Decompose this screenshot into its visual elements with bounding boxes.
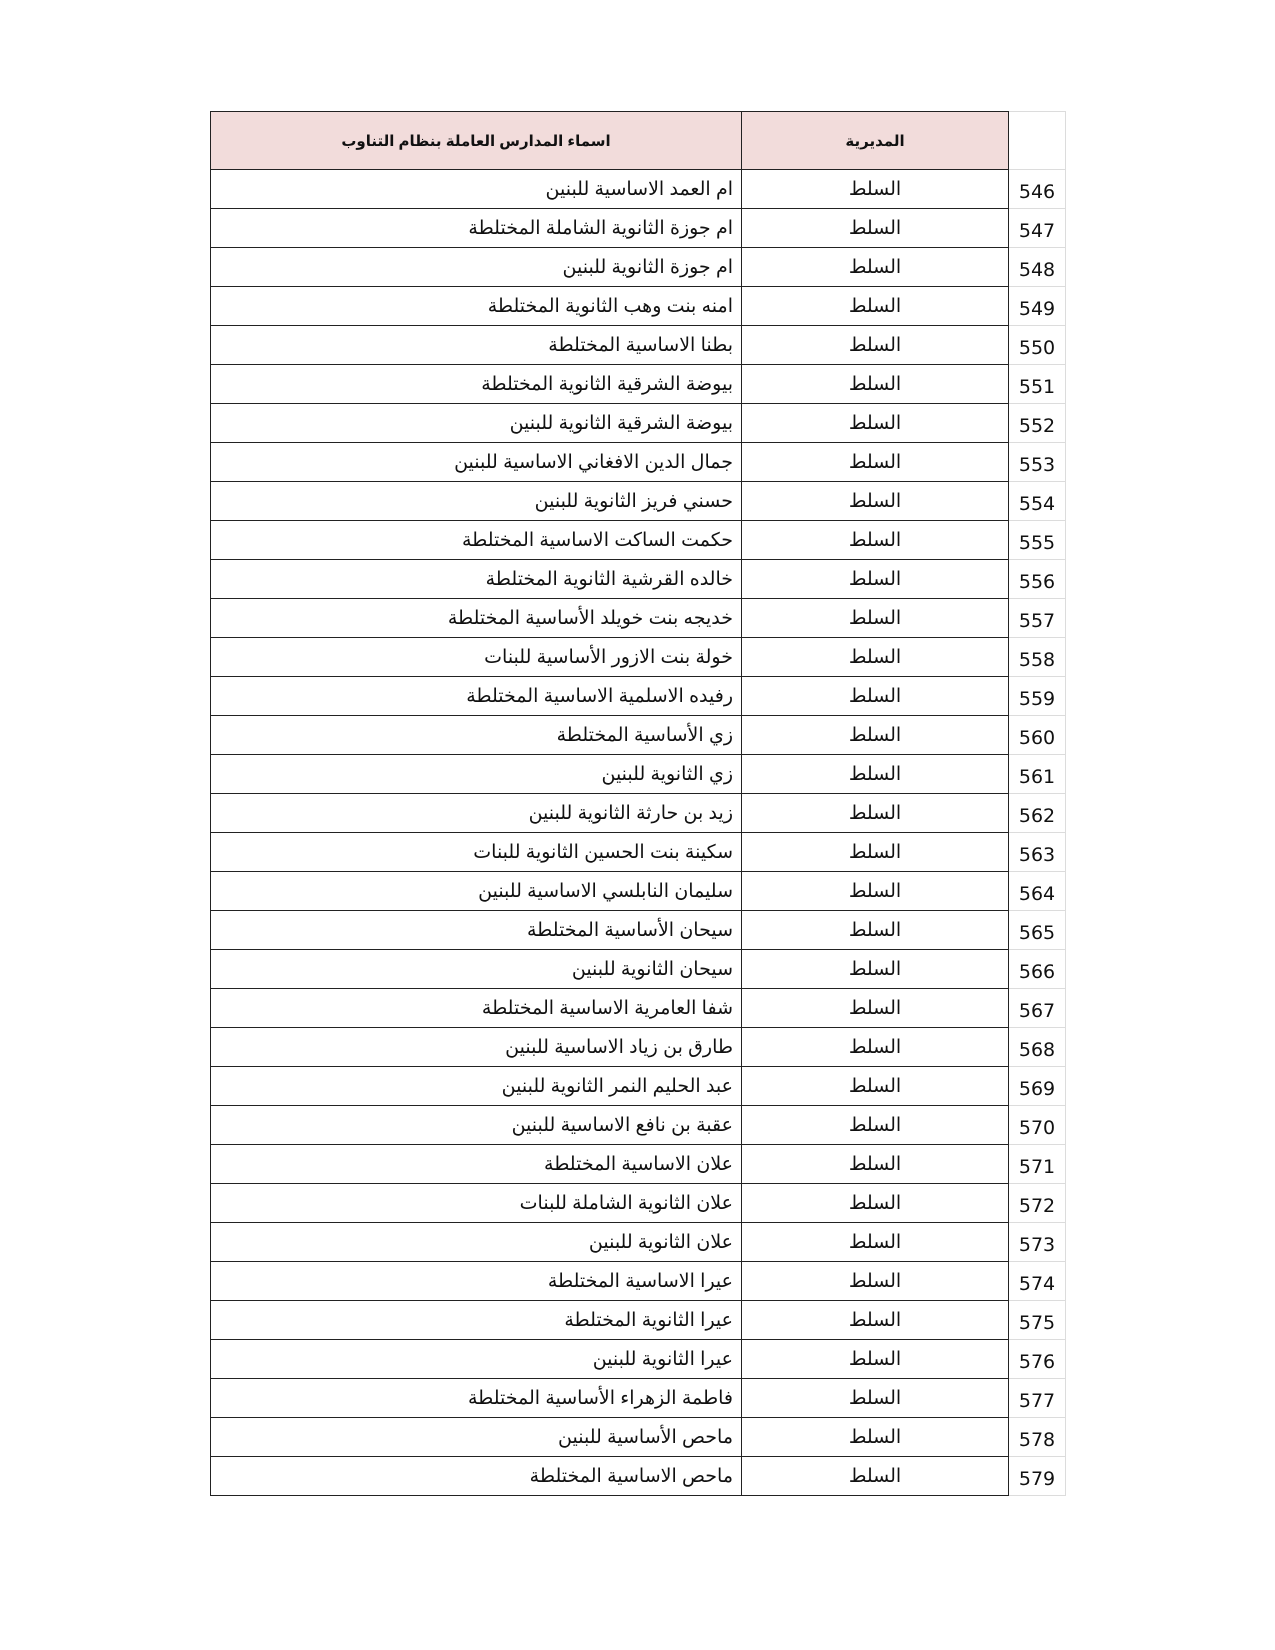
school-name-cell: ام العمد الاساسية للبنين [211,170,742,209]
directorate-cell: السلط [742,950,1009,989]
row-number-cell: 575 [1009,1301,1066,1340]
directorate-cell: السلط [742,794,1009,833]
table-row: علان الاساسية المختلطةالسلط571 [211,1145,1066,1184]
row-number-cell: 568 [1009,1028,1066,1067]
row-number-cell: 571 [1009,1145,1066,1184]
directorate-cell: السلط [742,326,1009,365]
school-name-cell: بيوضة الشرقية الثانوية المختلطة [211,365,742,404]
school-name-cell: ماحص الأساسية للبنين [211,1418,742,1457]
table-row: زي الأساسية المختلطةالسلط560 [211,716,1066,755]
row-number-cell: 563 [1009,833,1066,872]
table-row: عبد الحليم النمر الثانوية للبنينالسلط569 [211,1067,1066,1106]
school-name-cell: ام جوزة الثانوية الشاملة المختلطة [211,209,742,248]
row-number-cell: 546 [1009,170,1066,209]
school-name-cell: سليمان النابلسي الاساسية للبنين [211,872,742,911]
table-row: بطنا الاساسية المختلطةالسلط550 [211,326,1066,365]
directorate-cell: السلط [742,989,1009,1028]
school-name-cell: سيحان الثانوية للبنين [211,950,742,989]
directorate-cell: السلط [742,1184,1009,1223]
row-number-cell: 557 [1009,599,1066,638]
directorate-cell: السلط [742,638,1009,677]
directorate-cell: السلط [742,365,1009,404]
header-directorate: المديرية [742,112,1009,170]
school-name-cell: عيرا الثانوية للبنين [211,1340,742,1379]
table-row: حكمت الساكت الاساسية المختلطةالسلط555 [211,521,1066,560]
school-name-cell: عيرا الثانوية المختلطة [211,1301,742,1340]
school-name-cell: ام جوزة الثانوية للبنين [211,248,742,287]
row-number-cell: 572 [1009,1184,1066,1223]
table-row: ماحص الاساسية المختلطةالسلط579 [211,1457,1066,1496]
row-number-cell: 561 [1009,755,1066,794]
school-name-cell: طارق بن زياد الاساسية للبنين [211,1028,742,1067]
table-header-row: اسماء المدارس العاملة بنظام التناوب المد… [211,112,1066,170]
row-number-cell: 558 [1009,638,1066,677]
school-name-cell: علان الثانوية للبنين [211,1223,742,1262]
table-row: خالده القرشية الثانوية المختلطةالسلط556 [211,560,1066,599]
directorate-cell: السلط [742,833,1009,872]
table-row: فاطمة الزهراء الأساسية المختلطةالسلط577 [211,1379,1066,1418]
row-number-cell: 566 [1009,950,1066,989]
table-row: ماحص الأساسية للبنينالسلط578 [211,1418,1066,1457]
row-number-cell: 553 [1009,443,1066,482]
school-name-cell: سكينة بنت الحسين الثانوية للبنات [211,833,742,872]
header-number [1009,112,1066,170]
row-number-cell: 573 [1009,1223,1066,1262]
row-number-cell: 577 [1009,1379,1066,1418]
school-name-cell: ماحص الاساسية المختلطة [211,1457,742,1496]
directorate-cell: السلط [742,1067,1009,1106]
directorate-cell: السلط [742,1028,1009,1067]
row-number-cell: 554 [1009,482,1066,521]
table-row: شفا العامرية الاساسية المختلطةالسلط567 [211,989,1066,1028]
directorate-cell: السلط [742,1301,1009,1340]
row-number-cell: 569 [1009,1067,1066,1106]
school-name-cell: فاطمة الزهراء الأساسية المختلطة [211,1379,742,1418]
table-row: سكينة بنت الحسين الثانوية للبناتالسلط563 [211,833,1066,872]
directorate-cell: السلط [742,1379,1009,1418]
table-row: ام العمد الاساسية للبنينالسلط546 [211,170,1066,209]
row-number-cell: 579 [1009,1457,1066,1496]
table-row: حسني فريز الثانوية للبنينالسلط554 [211,482,1066,521]
row-number-cell: 560 [1009,716,1066,755]
table-row: سيحان الأساسية المختلطةالسلط565 [211,911,1066,950]
directorate-cell: السلط [742,755,1009,794]
table-row: بيوضة الشرقية الثانوية المختلطةالسلط551 [211,365,1066,404]
row-number-cell: 562 [1009,794,1066,833]
row-number-cell: 547 [1009,209,1066,248]
table-row: عقبة بن نافع الاساسية للبنينالسلط570 [211,1106,1066,1145]
table-row: زيد بن حارثة الثانوية للبنينالسلط562 [211,794,1066,833]
school-name-cell: بيوضة الشرقية الثانوية للبنين [211,404,742,443]
directorate-cell: السلط [742,1340,1009,1379]
table-row: زي الثانوية للبنينالسلط561 [211,755,1066,794]
table-row: عيرا الثانوية المختلطةالسلط575 [211,1301,1066,1340]
document-page: اسماء المدارس العاملة بنظام التناوب المد… [0,0,1275,1650]
row-number-cell: 550 [1009,326,1066,365]
school-name-cell: حكمت الساكت الاساسية المختلطة [211,521,742,560]
directorate-cell: السلط [742,1106,1009,1145]
school-name-cell: عبد الحليم النمر الثانوية للبنين [211,1067,742,1106]
school-name-cell: بطنا الاساسية المختلطة [211,326,742,365]
row-number-cell: 559 [1009,677,1066,716]
directorate-cell: السلط [742,443,1009,482]
table-row: رفيده الاسلمية الاساسية المختلطةالسلط559 [211,677,1066,716]
table-row: جمال الدين الافغاني الاساسية للبنينالسلط… [211,443,1066,482]
table-row: طارق بن زياد الاساسية للبنينالسلط568 [211,1028,1066,1067]
row-number-cell: 549 [1009,287,1066,326]
directorate-cell: السلط [742,248,1009,287]
row-number-cell: 551 [1009,365,1066,404]
school-name-cell: امنه بنت وهب الثانوية المختلطة [211,287,742,326]
table-row: عيرا الثانوية للبنينالسلط576 [211,1340,1066,1379]
table-row: ام جوزة الثانوية الشاملة المختلطةالسلط54… [211,209,1066,248]
table-row: عيرا الاساسية المختلطةالسلط574 [211,1262,1066,1301]
table-row: خولة بنت الازور الأساسية للبناتالسلط558 [211,638,1066,677]
school-name-cell: زيد بن حارثة الثانوية للبنين [211,794,742,833]
school-name-cell: علان الثانوية الشاملة للبنات [211,1184,742,1223]
row-number-cell: 565 [1009,911,1066,950]
directorate-cell: السلط [742,677,1009,716]
directorate-cell: السلط [742,170,1009,209]
school-name-cell: حسني فريز الثانوية للبنين [211,482,742,521]
directorate-cell: السلط [742,716,1009,755]
row-number-cell: 564 [1009,872,1066,911]
school-name-cell: خديجه بنت خويلد الأساسية المختلطة [211,599,742,638]
school-name-cell: زي الأساسية المختلطة [211,716,742,755]
table-row: خديجه بنت خويلد الأساسية المختلطةالسلط55… [211,599,1066,638]
row-number-cell: 570 [1009,1106,1066,1145]
school-name-cell: علان الاساسية المختلطة [211,1145,742,1184]
directorate-cell: السلط [742,521,1009,560]
table-row: بيوضة الشرقية الثانوية للبنينالسلط552 [211,404,1066,443]
directorate-cell: السلط [742,209,1009,248]
table-row: سيحان الثانوية للبنينالسلط566 [211,950,1066,989]
school-name-cell: زي الثانوية للبنين [211,755,742,794]
school-name-cell: خالده القرشية الثانوية المختلطة [211,560,742,599]
school-name-cell: رفيده الاسلمية الاساسية المختلطة [211,677,742,716]
directorate-cell: السلط [742,1457,1009,1496]
row-number-cell: 556 [1009,560,1066,599]
school-name-cell: سيحان الأساسية المختلطة [211,911,742,950]
directorate-cell: السلط [742,1145,1009,1184]
school-name-cell: عقبة بن نافع الاساسية للبنين [211,1106,742,1145]
directorate-cell: السلط [742,1418,1009,1457]
directorate-cell: السلط [742,599,1009,638]
directorate-cell: السلط [742,1223,1009,1262]
table-row: علان الثانوية الشاملة للبناتالسلط572 [211,1184,1066,1223]
row-number-cell: 574 [1009,1262,1066,1301]
directorate-cell: السلط [742,560,1009,599]
row-number-cell: 555 [1009,521,1066,560]
directorate-cell: السلط [742,404,1009,443]
row-number-cell: 578 [1009,1418,1066,1457]
directorate-cell: السلط [742,287,1009,326]
school-name-cell: جمال الدين الافغاني الاساسية للبنين [211,443,742,482]
row-number-cell: 567 [1009,989,1066,1028]
table-row: ام جوزة الثانوية للبنينالسلط548 [211,248,1066,287]
row-number-cell: 576 [1009,1340,1066,1379]
row-number-cell: 552 [1009,404,1066,443]
table-row: سليمان النابلسي الاساسية للبنينالسلط564 [211,872,1066,911]
directorate-cell: السلط [742,872,1009,911]
table-row: امنه بنت وهب الثانوية المختلطةالسلط549 [211,287,1066,326]
directorate-cell: السلط [742,911,1009,950]
school-name-cell: شفا العامرية الاساسية المختلطة [211,989,742,1028]
schools-table: اسماء المدارس العاملة بنظام التناوب المد… [210,111,1066,1496]
row-number-cell: 548 [1009,248,1066,287]
directorate-cell: السلط [742,1262,1009,1301]
school-name-cell: عيرا الاساسية المختلطة [211,1262,742,1301]
table-row: علان الثانوية للبنينالسلط573 [211,1223,1066,1262]
header-school-names: اسماء المدارس العاملة بنظام التناوب [211,112,742,170]
directorate-cell: السلط [742,482,1009,521]
school-name-cell: خولة بنت الازور الأساسية للبنات [211,638,742,677]
